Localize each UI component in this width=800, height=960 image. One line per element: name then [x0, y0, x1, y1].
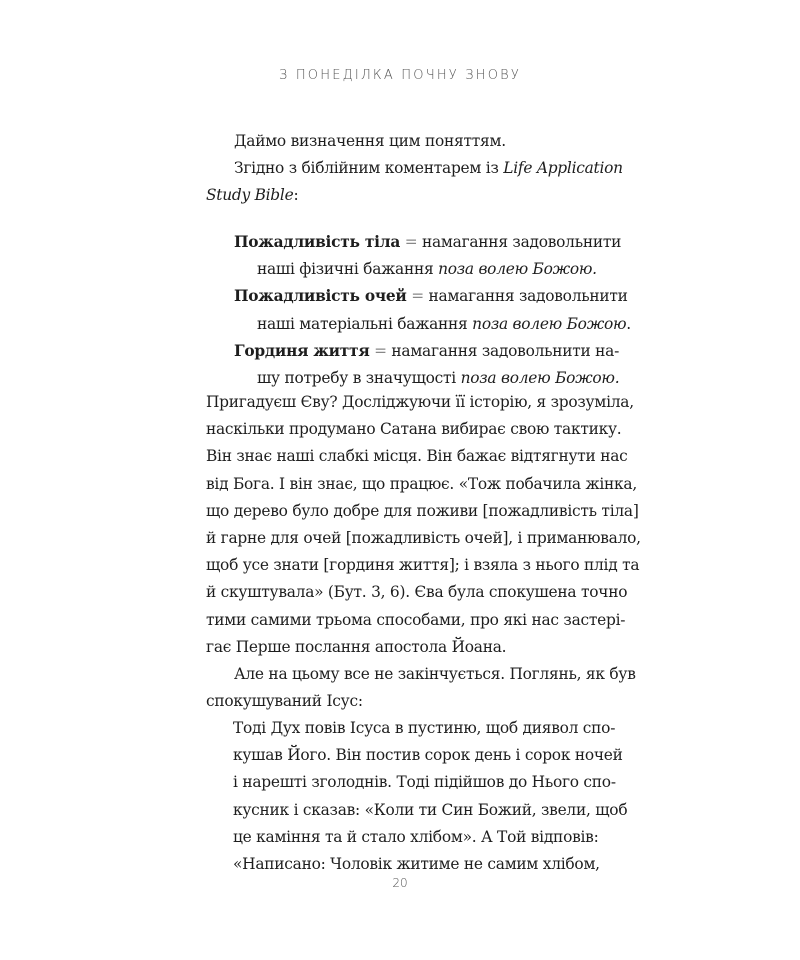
- paragraph-line: тими самими трьома способами, про які на…: [206, 607, 618, 634]
- definition-text: намагання задовольнити: [422, 233, 621, 251]
- definition-line: Пожадливість очей = намагання задовольни…: [206, 283, 618, 310]
- intro-text: Згідно з біблійним коментарем із: [234, 159, 503, 177]
- book-title-part1: Life Application: [503, 159, 623, 177]
- paragraph-line: що дерево було добре для поживи [пожадли…: [206, 498, 618, 525]
- paragraph-line: спокушуваний Ісус:: [206, 688, 618, 715]
- definition-text: шу потребу в значущості: [257, 369, 461, 387]
- blockquote-line: кушав Його. Він постив сорок день і соро…: [206, 742, 618, 769]
- blockquote-line: і нарешті зголоднів. Тоді підійшов до Нь…: [206, 769, 618, 796]
- intro-line-1: Даймо визначення цим поняттям.: [206, 128, 618, 155]
- definition-line: наші матеріальні бажання поза волею Божо…: [206, 311, 618, 338]
- definition-term: Пожадливість очей: [234, 287, 407, 305]
- definition-line: Гординя життя = намагання задовольнити н…: [206, 338, 618, 365]
- definition-emphasis: поза волею Божою.: [461, 369, 620, 387]
- blockquote-line: це каміння та й стало хлібом». А Той від…: [206, 824, 618, 851]
- paragraph-1: Пригадуєш Єву? Досліджуючи її історію, я…: [206, 389, 618, 715]
- book-title-part2: Study Bible: [206, 186, 293, 204]
- definition-term: Пожадливість тіла: [234, 233, 400, 251]
- definition-text: наші матеріальні бажання: [257, 315, 472, 333]
- blockquote-line: кусник і сказав: «Коли ти Син Божий, зве…: [206, 797, 618, 824]
- paragraph-line: Він знає наші слабкі місця. Він бажає ві…: [206, 443, 618, 470]
- paragraph-line: наскільки продумано Сатана вибирає свою …: [206, 416, 618, 443]
- definition-text: намагання задовольнити на-: [391, 342, 619, 360]
- equals-sign: =: [400, 233, 422, 251]
- paragraph-line: від Бога. І він знає, що працює. «Тож по…: [206, 471, 618, 498]
- blockquote-line: «Написано: Чоловік житиме не самим хлібо…: [206, 851, 618, 878]
- definition-line: наші фізичні бажання поза волею Божою.: [206, 256, 618, 283]
- paragraph-line: й скуштувала» (Бут. 3, 6). Єва була спок…: [206, 579, 618, 606]
- definition-text: наші фізичні бажання: [257, 260, 438, 278]
- definition-emphasis: поза волею Божою: [472, 315, 626, 333]
- intro-block: Даймо визначення цим поняттям. Згідно з …: [206, 128, 618, 210]
- equals-sign: =: [407, 287, 429, 305]
- colon: :: [293, 186, 298, 204]
- intro-line-3: Study Bible:: [206, 182, 618, 209]
- definition-emphasis: поза волею Божою.: [438, 260, 597, 278]
- period: .: [626, 315, 631, 333]
- paragraph-line: й гарне для очей [пожадливість очей], і …: [206, 525, 618, 552]
- definition-text: намагання задовольнити: [429, 287, 628, 305]
- paragraph-line: Але на цьому все не закінчується. Поглян…: [206, 661, 618, 688]
- equals-sign: =: [369, 342, 391, 360]
- page-number: 20: [0, 876, 800, 890]
- paragraph-line: Пригадуєш Єву? Досліджуючи її історію, я…: [206, 389, 618, 416]
- definition-line: Пожадливість тіла = намагання задовольни…: [206, 229, 618, 256]
- blockquote-line: Тоді Дух повів Ісуса в пустиню, щоб дияв…: [206, 715, 618, 742]
- paragraph-line: щоб усе знати [гординя життя]; і взяла з…: [206, 552, 618, 579]
- definition-term: Гординя життя: [234, 342, 369, 360]
- paragraph-line: гає Перше послання апостола Йоана.: [206, 634, 618, 661]
- intro-line-2: Згідно з біблійним коментарем із Life Ap…: [206, 155, 618, 182]
- definitions-block: Пожадливість тіла = намагання задовольни…: [206, 229, 618, 392]
- running-head: З ПОНЕДІЛКА ПОЧНУ ЗНОВУ: [0, 68, 800, 83]
- blockquote: Тоді Дух повів Ісуса в пустиню, щоб дияв…: [206, 715, 618, 878]
